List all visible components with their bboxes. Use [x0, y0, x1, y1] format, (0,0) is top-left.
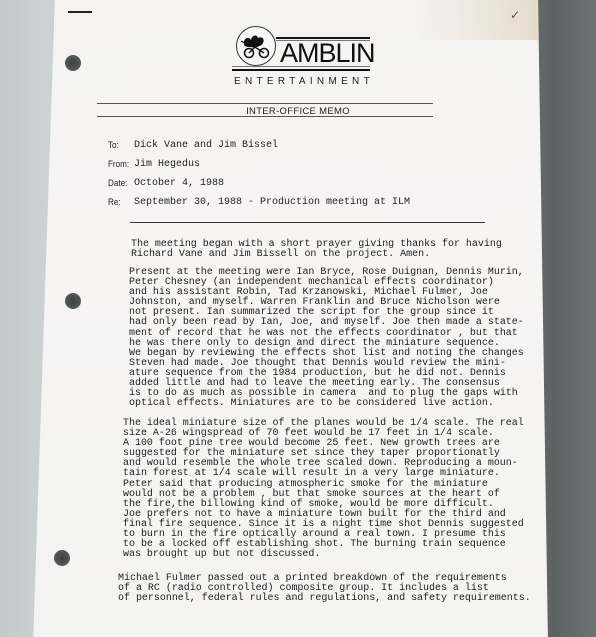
- body-paragraph: The ideal miniature size of the planes w…: [123, 419, 524, 560]
- memo-from-field: From: Jim Hegedus: [108, 159, 132, 171]
- date-value: October 4, 1988: [134, 178, 224, 189]
- amblin-logo: AMBLIN ENTERTAINMENT: [236, 26, 374, 86]
- memo-to-field: To: Dick Vane and Jim Bissel: [108, 140, 132, 152]
- et-bicycle-moon-icon: [236, 26, 276, 66]
- company-name: AMBLIN: [280, 40, 375, 67]
- re-label: Re:: [108, 197, 128, 208]
- paragraph-line: of personnel, federal rules and regulati…: [118, 594, 531, 604]
- from-value: Jim Hegedus: [134, 159, 200, 170]
- body-paragraph: Michael Fulmer passed out a printed brea…: [118, 574, 531, 604]
- from-label: From:: [108, 159, 128, 170]
- company-subtitle: ENTERTAINMENT: [234, 76, 374, 87]
- memo-date-field: Date: October 4, 1988: [108, 178, 132, 190]
- memo-re-field: Re: September 30, 1988 - Production meet…: [108, 197, 132, 209]
- date-label: Date:: [108, 178, 128, 189]
- logo-rule-bottom-thin: [232, 66, 370, 67]
- punch-hole-top: [65, 55, 81, 71]
- header-divider: [130, 222, 485, 223]
- body-paragraph: Present at the meeting were Ian Bryce, R…: [129, 268, 524, 409]
- memo-rule-top: [97, 103, 433, 104]
- to-label: To:: [108, 140, 128, 151]
- paragraph-line: was brought up but not discussed.: [123, 550, 524, 560]
- margin-dash-mark: [68, 11, 92, 13]
- re-value: September 30, 1988 - Production meeting …: [134, 197, 410, 208]
- paragraph-line: Richard Vane and Jim Bissell on the proj…: [131, 250, 502, 260]
- logo-rule-bottom: [232, 69, 370, 71]
- punch-hole-middle: [65, 293, 81, 309]
- to-value: Dick Vane and Jim Bissel: [134, 140, 278, 151]
- memo-rule-bottom: [97, 116, 433, 117]
- body-paragraph: The meeting began with a short prayer gi…: [131, 240, 502, 260]
- checkmark-icon: ✓: [510, 8, 520, 22]
- paragraph-line: optical effects. Miniatures are to be co…: [129, 399, 524, 409]
- punch-hole-bottom: [54, 550, 70, 566]
